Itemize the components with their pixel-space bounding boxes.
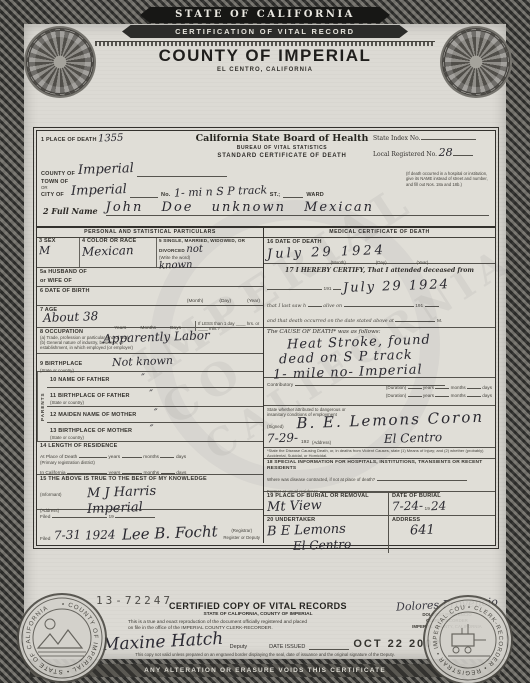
city-of-value: Imperial xyxy=(71,182,127,199)
birthplace-value: Not known xyxy=(112,354,173,369)
informant-label: 15 THE ABOVE IS TRUE TO THE BEST OF MY K… xyxy=(40,476,260,482)
day-marker: (Day) xyxy=(219,299,231,304)
city-of-label: CITY OF xyxy=(41,192,64,198)
residence-row: 14 LENGTH OF RESIDENCE At Place of Death… xyxy=(37,442,263,475)
burial-19: 19 xyxy=(425,507,430,512)
occupation-value: Apparently Labor xyxy=(103,328,210,346)
death-at-blank xyxy=(395,315,435,322)
filed-label-2: Filed xyxy=(40,537,50,542)
or-label: OR xyxy=(41,185,48,190)
duration-years: years xyxy=(423,393,434,398)
date-of-death-row: 16 DATE OF DEATH July 29 1924 (Month) (D… xyxy=(264,238,495,264)
father-birthplace-sub: (State or country) xyxy=(50,400,260,405)
personal-column: PERSONAL AND STATISTICAL PARTICULARS 3 S… xyxy=(37,228,264,543)
res-blank xyxy=(122,451,142,458)
registrar-signature: Lee B. Focht xyxy=(120,522,220,543)
sex-field: 3 SEX M xyxy=(37,238,79,267)
month-marker: (Month) xyxy=(187,299,204,304)
signed-date-value: 7-29- xyxy=(267,430,298,445)
father-birthplace-value: ″ xyxy=(149,389,153,400)
st-label: ST.; xyxy=(270,192,281,198)
signed-row: State whether attributed to dangerous or… xyxy=(264,406,495,448)
marital-field: 5 SINGLE, MARRIED, WIDOWED, OR DIVORCED … xyxy=(156,238,263,267)
registrar-sub: (Registrar) xyxy=(231,528,252,533)
contributory-row: Contributory (Duration) years months day… xyxy=(264,378,495,406)
street-no-label: No. xyxy=(161,192,170,198)
dob-label: 6 DATE OF BIRTH xyxy=(40,288,260,294)
duration-blank xyxy=(408,390,422,397)
last-saw-19: 191 xyxy=(415,304,423,309)
board-certificate: STANDARD CERTIFICATE OF DEATH xyxy=(191,153,373,159)
sex-value: M xyxy=(39,244,51,257)
registration-numbers: State Index No. Local Registered No. 28 xyxy=(373,133,491,159)
date-of-death-value: July 29 1924 xyxy=(267,243,386,262)
father-name-row: 10 NAME OF FATHER ″ xyxy=(47,372,263,388)
death-occurred-text: and that death occurred on the date stat… xyxy=(267,319,394,324)
hospital-note: (If death occurred in a hospital or inst… xyxy=(406,171,492,187)
age-value: About 38 xyxy=(43,309,99,325)
date-issued-blank xyxy=(309,643,349,650)
burial-year-value: 24 xyxy=(431,499,447,514)
certification-banner: CERTIFICATION OF VITAL RECORD xyxy=(122,25,408,38)
certify-blank xyxy=(333,283,341,290)
clerk-recorder-seal: • CLERK-RECORDER • REGISTRAR • IMPERIAL … xyxy=(422,594,514,683)
informant-value: M J Harris xyxy=(87,484,157,501)
res-blank xyxy=(79,451,107,458)
residence-label: 14 LENGTH OF RESIDENCE xyxy=(40,443,260,449)
local-reg-blank xyxy=(453,149,473,156)
deputy-label: Deputy xyxy=(230,644,247,650)
full-name-label: 2 Full Name xyxy=(43,206,98,216)
signed-19: 192 xyxy=(301,440,309,445)
parents-label: PARENTS xyxy=(37,372,47,441)
age-row: 7 AGE About 38 Years Months Days If LESS… xyxy=(37,306,263,328)
medical-column: MEDICAL CERTIFICATE OF DEATH 16 DATE OF … xyxy=(264,228,495,543)
certification-title: CERTIFIED COPY OF VITAL RECORDS xyxy=(128,601,388,611)
full-name-field: 2 Full Name John Doe unknown Mexican xyxy=(41,200,491,216)
board-title: California State Board of Health xyxy=(191,133,373,144)
filed-blank xyxy=(115,511,155,518)
mother-birthplace-sub: (State or country) xyxy=(50,435,260,440)
local-registered-value: 28 xyxy=(439,146,453,159)
page-title: COUNTY OF IMPERIAL xyxy=(0,46,530,66)
father-name-label: 10 NAME OF FATHER xyxy=(50,377,110,383)
medical-header: MEDICAL CERTIFICATE OF DEATH xyxy=(264,228,495,238)
special-blank xyxy=(377,474,467,481)
filed-19: 19 xyxy=(108,515,113,520)
mother-birthplace-value: ″ xyxy=(150,424,154,435)
footnote-row: *State the Disease Causing Death, or, in… xyxy=(264,448,495,459)
mother-name-value: ″ xyxy=(154,408,158,419)
page-subtitle: EL CENTRO, CALIFORNIA xyxy=(0,67,530,73)
date-of-birth-row: 6 DATE OF BIRTH (Month) (Day) (Year) xyxy=(37,287,263,306)
board-of-health-heading: California State Board of Health BUREAU … xyxy=(191,133,373,159)
special-info-row: 18 SPECIAL INFORMATION FOR HOSPITALS, IN… xyxy=(264,459,495,492)
certify-19: 191 xyxy=(324,287,332,292)
certification-block: CERTIFIED COPY OF VITAL RECORDS STATE OF… xyxy=(128,601,388,633)
county-of-value: Imperial xyxy=(78,161,134,178)
father-name-value: ″ xyxy=(141,373,145,384)
form-header: 1 PLACE OF DEATH 1355 California State B… xyxy=(37,131,495,228)
duration-blank xyxy=(467,390,481,397)
race-value: Mexican xyxy=(82,243,134,259)
burial-row: 19 PLACE OF BURIAL OR REMOVAL Mt View DA… xyxy=(264,492,495,516)
ward-label: WARD xyxy=(306,192,324,198)
res-blank xyxy=(160,451,174,458)
res-days: days xyxy=(176,455,186,460)
undertaker-city-value: El Centro xyxy=(293,537,352,553)
burial-place-label: 19 PLACE OF BURIAL OR REMOVAL xyxy=(267,493,385,499)
filed-date-value: 7-31 xyxy=(54,528,81,543)
special-line-1: Where was disease contracted, if not at … xyxy=(267,477,375,482)
death-certificate-form: 1 PLACE OF DEATH 1355 California State B… xyxy=(36,130,496,546)
town-of-label: TOWN OF xyxy=(41,179,68,185)
filed-label: Filed xyxy=(40,515,50,520)
cause-of-death-row: The CAUSE OF DEATH* was as follows: Heat… xyxy=(264,328,495,378)
filed-row: Filed 19 Filed 7-31 1924 Lee B. Focht (R… xyxy=(37,510,263,543)
certification-body-1: This is a true and exact reproduction of… xyxy=(128,620,307,625)
husband-of-label: 5a HUSBAND OF xyxy=(40,269,260,275)
county-of-label: COUNTY OF xyxy=(41,171,75,177)
board-bureau: BUREAU OF VITAL STATISTICS xyxy=(191,145,373,151)
last-saw-blank2 xyxy=(425,300,439,307)
full-name-value: John Doe unknown Mexican xyxy=(106,200,489,216)
birthplace-row: 9 BIRTHPLACE Not known (State or country… xyxy=(37,354,263,371)
duration-months: months xyxy=(451,393,466,398)
mother-name-label: 12 MAIDEN NAME OF MOTHER xyxy=(50,412,136,418)
informant-row: 15 THE ABOVE IS TRUE TO THE BEST OF MY K… xyxy=(37,475,263,510)
alive-on-text: alive on xyxy=(323,304,342,309)
certification-subtitle: STATE OF CALIFORNIA, COUNTY OF IMPERIAL xyxy=(128,612,388,617)
county-seal: • COUNTY OF IMPERIAL • STATE OF CALIFORN… xyxy=(16,592,108,683)
place-of-death-field: 1 PLACE OF DEATH 1355 xyxy=(41,133,191,144)
personal-header: PERSONAL AND STATISTICAL PARTICULARS xyxy=(37,228,263,238)
certify-row: 17 I HEREBY CERTIFY, That I attended dec… xyxy=(264,264,495,328)
filed-year-value: 1924 xyxy=(85,527,116,542)
spouse-row: 5a HUSBAND OF or WIFE OF xyxy=(37,268,263,287)
last-saw-text: that I last saw h xyxy=(267,304,306,309)
town-city-labels: TOWN OF OR CITY OF xyxy=(41,179,68,198)
parents-rows: 10 NAME OF FATHER ″ 11 BIRTHPLACE OF FAT… xyxy=(47,372,263,441)
certify-date-value: July 29 1924 xyxy=(342,277,449,296)
state-index-label: State Index No. xyxy=(373,135,421,142)
duration-sub: (Duration) xyxy=(386,393,406,398)
undertaker-field: 20 UNDERTAKER B E Lemons El Centro xyxy=(264,516,388,553)
signed-address-value: El Centro xyxy=(334,428,492,448)
city-blank xyxy=(130,191,158,198)
contributory-label: Contributory xyxy=(267,383,293,388)
filed-blank xyxy=(52,511,107,518)
res-blank xyxy=(122,467,142,474)
undertaker-address-field: ADDRESS 641 xyxy=(388,516,495,553)
county-blank xyxy=(137,170,227,177)
state-index-blank xyxy=(421,133,476,140)
birthplace-label: 9 BIRTHPLACE xyxy=(40,361,82,367)
undertaker-address-label: ADDRESS xyxy=(392,517,492,523)
special-info-label: 18 SPECIAL INFORMATION FOR HOSPITALS, IN… xyxy=(267,460,492,472)
local-registered-label: Local Registered No. xyxy=(373,151,437,158)
burial-place-field: 19 PLACE OF BURIAL OR REMOVAL Mt View xyxy=(264,492,388,515)
county-heading: COUNTY OF IMPERIAL EL CENTRO, CALIFORNIA xyxy=(0,46,530,73)
certify-label: 17 I HEREBY CERTIFY, That I attended dec… xyxy=(267,267,492,274)
father-birthplace-row: 11 BIRTHPLACE OF FATHER ″ (State or coun… xyxy=(47,388,263,407)
place-of-death-value: 1355 xyxy=(98,133,124,145)
wife-of-label: or WIFE OF xyxy=(40,278,260,284)
certify-blank xyxy=(267,283,322,290)
sex-race-marital-row: 3 SEX M 4 COLOR OR RACE Mexican 5 SINGLE… xyxy=(37,238,263,268)
form-columns: PERSONAL AND STATISTICAL PARTICULARS 3 S… xyxy=(37,228,495,543)
mother-name-row: 12 MAIDEN NAME OF MOTHER ″ xyxy=(47,407,263,423)
year-marker: (Year) xyxy=(247,299,260,304)
father-birthplace-label: 11 BIRTHPLACE OF FATHER xyxy=(50,393,130,399)
alive-on-blank xyxy=(344,300,414,307)
res-years: years xyxy=(108,455,120,460)
burial-date-value: 7-24- xyxy=(392,498,423,513)
street-value: 1- mi n S P track xyxy=(173,183,267,199)
undertaker-address-value: 641 xyxy=(410,523,435,539)
street-blank xyxy=(283,191,303,198)
certificate-page: STATE OF CALIFORNIA CERTIFICATION OF VIT… xyxy=(0,0,530,683)
signed-sub: (Signed) xyxy=(267,424,284,429)
date-issued-label: DATE ISSUED xyxy=(269,644,305,650)
occupation-row: 8 OCCUPATION (a) Trade, profession or pa… xyxy=(37,328,263,354)
undertaker-row: 20 UNDERTAKER B E Lemons El Centro ADDRE… xyxy=(264,516,495,553)
cause-footnote: *State the Disease Causing Death, or, in… xyxy=(267,448,483,458)
res-blank xyxy=(161,467,175,474)
race-field: 4 COLOR OR RACE Mexican xyxy=(79,238,156,267)
duration-days: days xyxy=(482,393,492,398)
last-saw-blank xyxy=(308,300,322,307)
informant-sub: (Informant) xyxy=(40,492,61,497)
burial-date-field: DATE OF BURIAL 7-24- 19 24 xyxy=(388,492,495,515)
duration-blank xyxy=(435,390,449,397)
state-banner: STATE OF CALIFORNIA xyxy=(140,7,390,23)
burial-place-value: Mt View xyxy=(267,498,322,515)
place-of-death-label: 1 PLACE OF DEATH xyxy=(41,137,97,143)
marital-value-1: not xyxy=(186,244,202,255)
mother-birthplace-row: 13 BIRTHPLACE OF MOTHER ″ (State or coun… xyxy=(47,423,263,441)
registrar-deputy-sub: Register or Deputy xyxy=(223,535,260,540)
parents-section: PARENTS 10 NAME OF FATHER ″ 11 BIRTHPLAC… xyxy=(37,372,263,442)
res-months: months xyxy=(143,455,159,460)
contributory-blank xyxy=(295,379,445,386)
signed-address-sub: (Address) xyxy=(312,440,331,445)
mother-birthplace-label: 13 BIRTHPLACE OF MOTHER xyxy=(50,428,132,434)
res-blank xyxy=(67,467,107,474)
residence-district-sub: (Primary registration district) xyxy=(40,460,260,465)
death-at-m: M. xyxy=(437,319,442,324)
